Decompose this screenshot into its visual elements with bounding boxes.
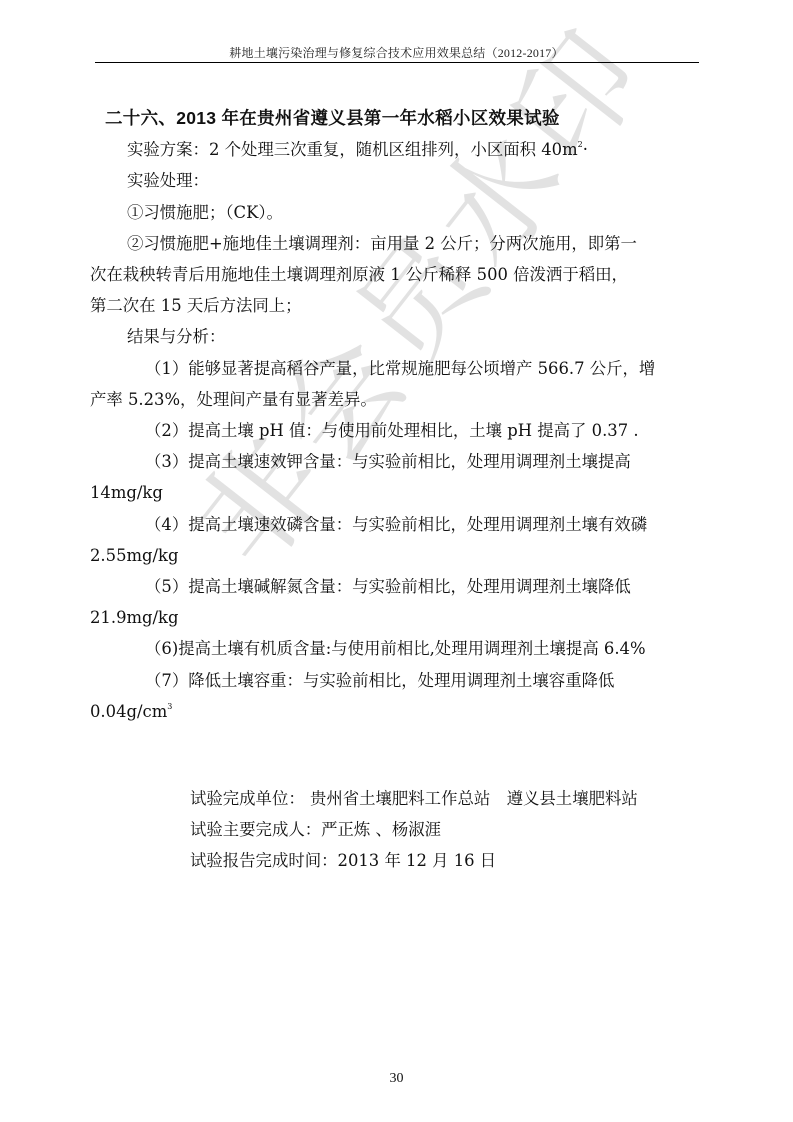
result-7-line-1: （7）降低土壤容重：与实验前相比，处理用调理剂土壤容重降低	[105, 665, 700, 696]
design-trailing-mark: ·	[583, 140, 588, 159]
treatment-2-line-1: ②习惯施肥+施地佳土壤调理剂：亩用量 2 公斤；分两次施用，即第一	[105, 228, 700, 259]
result-4-line-2: 2.55mg/kg	[90, 540, 700, 571]
experiment-design-text: 实验方案：2 个处理三次重复，随机区组排列，小区面积 40m	[127, 140, 578, 159]
result-1-line-2: 产率 5.23%，处理间产量有显著差异。	[90, 384, 700, 415]
running-header: 耕地土壤污染治理与修复综合技术应用效果总结（2012-2017）	[95, 44, 698, 61]
treatment-1: ①习惯施肥；（CK）。	[105, 197, 700, 228]
volume-unit-superscript: 3	[167, 702, 172, 711]
result-5-line-1: （5）提高土壤碱解氮含量：与实验前相比，处理用调理剂土壤降低	[105, 571, 700, 602]
treatment-2-line-2: 次在栽秧转青后用施地佳土壤调理剂原液 1 公斤稀释 500 倍泼洒于稻田，	[90, 259, 700, 290]
page-number: 30	[0, 1071, 793, 1087]
section-title: 二十六、2013 年在贵州省遵义县第一年水稻小区效果试验	[105, 103, 700, 134]
spacer	[105, 727, 700, 783]
treatment-2-line-3: 第二次在 15 天后方法同上；	[90, 290, 700, 321]
main-contributors: 试验主要完成人：严正炼 、杨淑涯	[105, 814, 700, 845]
report-date: 试验报告完成时间：2013 年 12 月 16 日	[105, 845, 700, 876]
result-1-line-1: （1）能够显著提高稻谷产量，比常规施肥每公顷增产 566.7 公斤，增	[105, 353, 700, 384]
completing-unit: 试验完成单位： 贵州省土壤肥料工作总站 遵义县土壤肥料站	[105, 783, 700, 814]
result-7-line-2: 0.04g/cm3	[90, 696, 700, 727]
result-7-value: 0.04g/cm	[90, 702, 167, 721]
result-2: （2）提高土壤 pH 值：与使用前处理相比，土壤 pH 提高了 0.37 .	[105, 415, 700, 446]
result-3-line-2: 14mg/kg	[90, 477, 700, 508]
result-3-line-1: （3）提高土壤速效钾含量：与实验前相比，处理用调理剂土壤提高	[105, 446, 700, 477]
header-divider	[95, 62, 699, 63]
document-body: 二十六、2013 年在贵州省遵义县第一年水稻小区效果试验 实验方案：2 个处理三…	[105, 103, 700, 877]
result-6: （6)提高土壤有机质含量:与使用前相比,处理用调理剂土壤提高 6.4%	[105, 633, 700, 664]
treatments-label: 实验处理：	[105, 165, 700, 196]
result-4-line-1: （4）提高土壤速效磷含量：与实验前相比，处理用调理剂土壤有效磷	[105, 509, 700, 540]
results-label: 结果与分析：	[105, 321, 700, 352]
experiment-design: 实验方案：2 个处理三次重复，随机区组排列，小区面积 40m2·	[105, 134, 700, 165]
result-5-line-2: 21.9mg/kg	[90, 602, 700, 633]
